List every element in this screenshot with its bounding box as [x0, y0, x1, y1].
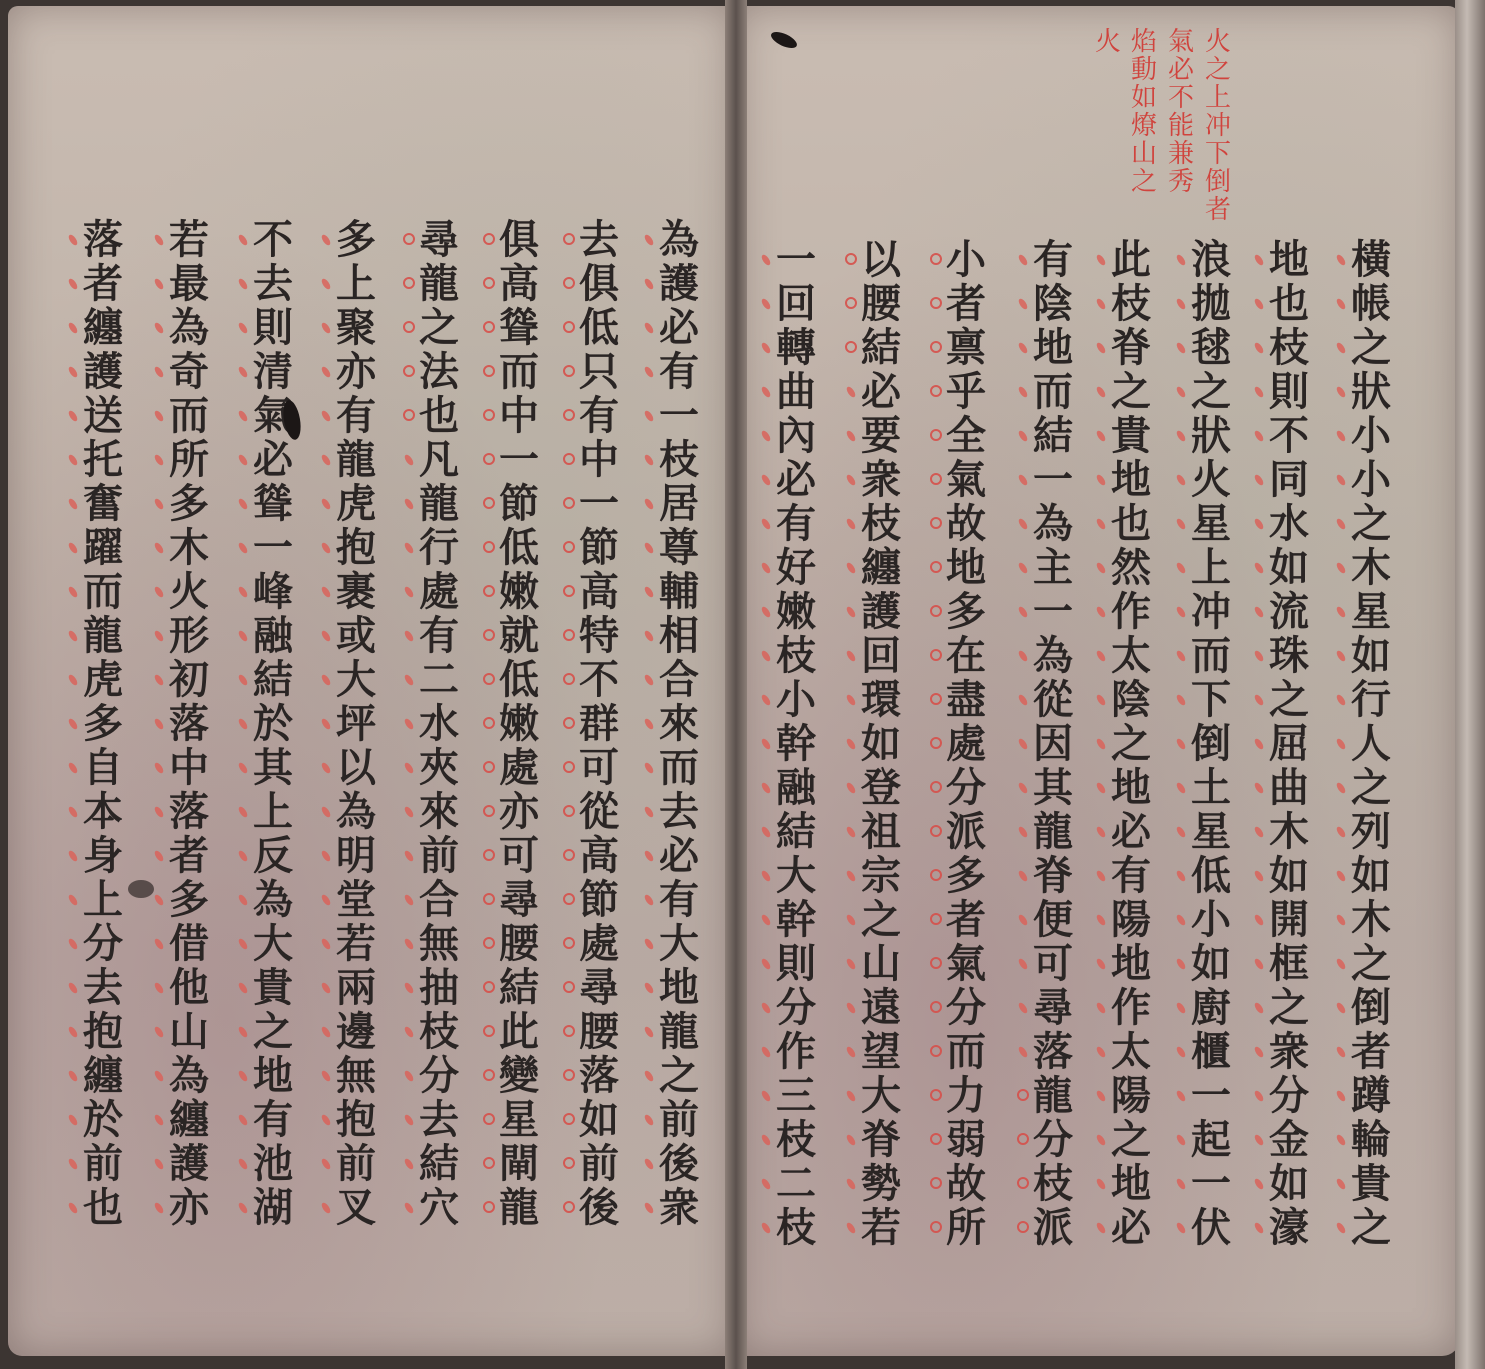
glyph: 抱 [72, 1010, 134, 1054]
glyph: 可 [488, 834, 550, 878]
dot-mark-icon [237, 541, 249, 554]
glyph: 亦 [158, 1186, 220, 1230]
circle-mark-icon [845, 253, 857, 265]
dot-mark-icon [845, 473, 857, 486]
glyph: 於 [242, 702, 304, 746]
glyph: 抽 [408, 966, 470, 1010]
dot-mark-icon [320, 453, 332, 466]
dot-mark-icon [1017, 869, 1029, 882]
annotation-glyph: 燎 [1126, 112, 1162, 140]
dot-mark-icon [67, 629, 79, 642]
dot-mark-icon [1253, 649, 1265, 662]
glyph: 一 [648, 394, 710, 438]
glyph: 地 [1100, 458, 1162, 502]
glyph: 回 [850, 634, 912, 678]
dot-mark-icon [1253, 385, 1265, 398]
glyph: 低 [568, 306, 630, 350]
dot-mark-icon [845, 1221, 857, 1234]
dot-mark-icon [237, 1157, 249, 1170]
glyph: 初 [158, 658, 220, 702]
dot-mark-icon [403, 1157, 415, 1170]
glyph: 輪 [1340, 1118, 1402, 1162]
glyph: 派 [1022, 1206, 1084, 1250]
glyph: 陰 [1100, 678, 1162, 722]
annotation-glyph: 焰 [1126, 28, 1162, 56]
circle-mark-icon [563, 365, 575, 377]
glyph: 一 [765, 238, 827, 282]
circle-mark-icon [930, 561, 942, 573]
glyph: 帳 [1340, 282, 1402, 326]
dot-mark-icon [320, 717, 332, 730]
glyph: 濠 [1258, 1206, 1320, 1250]
dot-mark-icon [237, 761, 249, 774]
dot-mark-icon [845, 649, 857, 662]
glyph: 之 [1340, 502, 1402, 546]
dot-mark-icon [153, 1113, 165, 1126]
dot-mark-icon [67, 761, 79, 774]
text-column: 地也枝則不同水如流珠之屈曲木如開框之衆分金如濠 [1258, 238, 1320, 1250]
glyph: 融 [242, 614, 304, 658]
glyph: 相 [648, 614, 710, 658]
glyph: 龍 [1022, 1074, 1084, 1118]
dot-mark-icon [67, 1201, 79, 1214]
glyph: 弱 [935, 1118, 997, 1162]
circle-mark-icon [930, 869, 942, 881]
glyph: 以 [325, 746, 387, 790]
glyph: 可 [1022, 942, 1084, 986]
glyph: 俱 [488, 218, 550, 262]
annotation-glyph: 能 [1163, 112, 1199, 140]
dot-mark-icon [643, 893, 655, 906]
dot-mark-icon [845, 1177, 857, 1190]
glyph: 以 [850, 238, 912, 282]
dot-mark-icon [1095, 561, 1107, 574]
glyph: 氣 [935, 458, 997, 502]
dot-mark-icon [1253, 869, 1265, 882]
dot-mark-icon [67, 981, 79, 994]
circle-mark-icon [483, 1157, 495, 1169]
dot-mark-icon [1253, 473, 1265, 486]
annotation-column: 火 [1090, 28, 1126, 56]
circle-mark-icon [563, 1201, 575, 1213]
glyph: 亦 [488, 790, 550, 834]
glyph: 叉 [325, 1186, 387, 1230]
dot-mark-icon [320, 321, 332, 334]
circle-mark-icon [483, 849, 495, 861]
circle-mark-icon [563, 629, 575, 641]
punctuation-marks [1334, 238, 1348, 1250]
glyph: 枝 [1258, 326, 1320, 370]
glyph: 有 [242, 1098, 304, 1142]
glyph: 櫃 [1180, 1030, 1242, 1074]
glyph: 凡 [408, 438, 470, 482]
glyph: 前 [648, 1098, 710, 1142]
glyph: 不 [242, 218, 304, 262]
dot-mark-icon [1175, 1177, 1187, 1190]
dot-mark-icon [760, 957, 772, 970]
dot-mark-icon [1095, 825, 1107, 838]
dot-mark-icon [67, 673, 79, 686]
dot-mark-icon [1335, 429, 1347, 442]
dot-mark-icon [643, 717, 655, 730]
dot-mark-icon [320, 893, 332, 906]
glyph: 登 [850, 766, 912, 810]
punctuation-marks [236, 218, 250, 1230]
glyph: 倒 [1340, 986, 1402, 1030]
glyph: 而 [72, 570, 134, 614]
circle-mark-icon [483, 585, 495, 597]
glyph: 脊 [1100, 326, 1162, 370]
glyph: 穴 [408, 1186, 470, 1230]
glyph: 內 [765, 414, 827, 458]
glyph: 夾 [408, 746, 470, 790]
dot-mark-icon [643, 233, 655, 246]
dot-mark-icon [1335, 913, 1347, 926]
annotation-glyph: 倒 [1200, 168, 1236, 196]
glyph: 故 [935, 1162, 997, 1206]
punctuation-marks [562, 218, 576, 1230]
dot-mark-icon [320, 409, 332, 422]
glyph: 力 [935, 1074, 997, 1118]
dot-mark-icon [1095, 517, 1107, 530]
circle-mark-icon [930, 1045, 942, 1057]
glyph: 此 [488, 1010, 550, 1054]
glyph: 中 [158, 746, 220, 790]
dot-mark-icon [153, 673, 165, 686]
dot-mark-icon [1253, 1045, 1265, 1058]
glyph: 地 [1258, 238, 1320, 282]
glyph: 多 [158, 878, 220, 922]
dot-mark-icon [1017, 297, 1029, 310]
text-column: 為護必有一枝居尊輔相合來而去必有大地龍之前後衆 [648, 218, 710, 1230]
glyph: 地 [1022, 326, 1084, 370]
glyph: 前 [408, 834, 470, 878]
glyph: 落 [158, 790, 220, 834]
glyph: 如 [1258, 546, 1320, 590]
glyph: 有 [568, 394, 630, 438]
dot-mark-icon [320, 233, 332, 246]
dot-mark-icon [1335, 737, 1347, 750]
glyph: 為 [158, 306, 220, 350]
glyph: 結 [1022, 414, 1084, 458]
glyph: 有 [648, 350, 710, 394]
dot-mark-icon [845, 869, 857, 882]
dot-mark-icon [67, 1069, 79, 1082]
dot-mark-icon [1335, 605, 1347, 618]
dot-mark-icon [320, 849, 332, 862]
dot-mark-icon [1017, 473, 1029, 486]
glyph: 故 [935, 502, 997, 546]
dot-mark-icon [1253, 1221, 1265, 1234]
glyph: 嫩 [488, 702, 550, 746]
glyph: 去 [408, 1098, 470, 1142]
glyph: 結 [242, 658, 304, 702]
glyph: 反 [242, 834, 304, 878]
manuscript-spread: 火之上冲下倒者氣必不能兼秀焰動如燎山之火 橫帳之狀小小之木星如行人之列如木之倒者… [0, 0, 1485, 1369]
punctuation-marks [642, 218, 656, 1230]
glyph: 如 [1340, 634, 1402, 678]
dot-mark-icon [1175, 385, 1187, 398]
dot-mark-icon [153, 497, 165, 510]
glyph: 峰 [242, 570, 304, 614]
glyph: 水 [408, 702, 470, 746]
dot-mark-icon [320, 1201, 332, 1214]
glyph: 去 [242, 262, 304, 306]
glyph: 閘 [488, 1142, 550, 1186]
punctuation-marks [66, 218, 80, 1230]
dot-mark-icon [1253, 253, 1265, 266]
circle-mark-icon [483, 1113, 495, 1125]
glyph: 也 [1258, 282, 1320, 326]
dot-mark-icon [1175, 825, 1187, 838]
dot-mark-icon [1017, 1045, 1029, 1058]
glyph: 所 [935, 1206, 997, 1250]
glyph: 纏 [158, 1098, 220, 1142]
circle-mark-icon [930, 1177, 942, 1189]
glyph: 山 [158, 1010, 220, 1054]
dot-mark-icon [320, 541, 332, 554]
glyph: 若 [850, 1206, 912, 1250]
dot-mark-icon [643, 1201, 655, 1214]
glyph: 去 [568, 218, 630, 262]
glyph: 乎 [935, 370, 997, 414]
dot-mark-icon [320, 981, 332, 994]
glyph: 者 [158, 834, 220, 878]
dot-mark-icon [403, 761, 415, 774]
glyph: 人 [1340, 722, 1402, 766]
annotation-column: 氣必不能兼秀 [1163, 28, 1199, 196]
punctuation-marks [319, 218, 333, 1230]
dot-mark-icon [1253, 825, 1265, 838]
glyph: 高 [568, 570, 630, 614]
dot-mark-icon [1335, 1045, 1347, 1058]
dot-mark-icon [67, 321, 79, 334]
dot-mark-icon [67, 805, 79, 818]
dot-mark-icon [643, 277, 655, 290]
dot-mark-icon [320, 365, 332, 378]
dot-mark-icon [1175, 605, 1187, 618]
circle-mark-icon [563, 1157, 575, 1169]
dot-mark-icon [1095, 781, 1107, 794]
glyph: 虎 [325, 482, 387, 526]
glyph: 特 [568, 614, 630, 658]
glyph: 則 [765, 942, 827, 986]
dot-mark-icon [845, 605, 857, 618]
dot-mark-icon [320, 629, 332, 642]
circle-mark-icon [483, 673, 495, 685]
circle-mark-icon [1017, 1221, 1029, 1233]
circle-mark-icon [563, 585, 575, 597]
dot-mark-icon [1253, 913, 1265, 926]
circle-mark-icon [930, 341, 942, 353]
glyph: 必 [648, 306, 710, 350]
dot-mark-icon [1175, 649, 1187, 662]
glyph: 地 [1100, 1162, 1162, 1206]
dot-mark-icon [1095, 693, 1107, 706]
glyph: 形 [158, 614, 220, 658]
annotation-glyph: 之 [1200, 56, 1236, 84]
dot-mark-icon [403, 893, 415, 906]
glyph: 幹 [765, 898, 827, 942]
glyph: 木 [1258, 810, 1320, 854]
dot-mark-icon [1017, 561, 1029, 574]
glyph: 枝 [765, 1206, 827, 1250]
glyph: 如 [568, 1098, 630, 1142]
dot-mark-icon [403, 849, 415, 862]
glyph: 其 [242, 746, 304, 790]
glyph: 之 [1258, 986, 1320, 1030]
circle-mark-icon [483, 409, 495, 421]
dot-mark-icon [320, 805, 332, 818]
dot-mark-icon [320, 585, 332, 598]
glyph: 星 [488, 1098, 550, 1142]
glyph: 聳 [242, 482, 304, 526]
glyph: 地 [1100, 942, 1162, 986]
glyph: 太 [1100, 634, 1162, 678]
glyph: 尋 [568, 966, 630, 1010]
dot-mark-icon [237, 277, 249, 290]
dot-mark-icon [153, 1157, 165, 1170]
glyph: 枝 [765, 1118, 827, 1162]
glyph: 土 [1180, 766, 1242, 810]
annotation-glyph: 火 [1090, 28, 1126, 56]
glyph: 回 [765, 282, 827, 326]
dot-mark-icon [760, 473, 772, 486]
glyph: 衆 [850, 458, 912, 502]
dot-mark-icon [237, 497, 249, 510]
dot-mark-icon [403, 1069, 415, 1082]
dot-mark-icon [760, 1045, 772, 1058]
dot-mark-icon [760, 1001, 772, 1014]
circle-mark-icon [845, 297, 857, 309]
dot-mark-icon [1253, 1089, 1265, 1102]
glyph: 木 [1340, 898, 1402, 942]
circle-mark-icon [930, 1133, 942, 1145]
dot-mark-icon [1095, 1221, 1107, 1234]
glyph: 輔 [648, 570, 710, 614]
glyph: 虎 [72, 658, 134, 702]
glyph: 小 [935, 238, 997, 282]
circle-mark-icon [1017, 1133, 1029, 1145]
text-column: 俱高聳而中一節低嫩就低嫩處亦可尋腰結此變星閘龍 [488, 218, 550, 1230]
glyph: 也 [1100, 502, 1162, 546]
dot-mark-icon [760, 605, 772, 618]
dot-mark-icon [67, 1113, 79, 1126]
dot-mark-icon [403, 717, 415, 730]
dot-mark-icon [320, 1113, 332, 1126]
annotation-glyph: 秀 [1163, 168, 1199, 196]
glyph: 之 [242, 1010, 304, 1054]
dot-mark-icon [153, 1025, 165, 1038]
circle-mark-icon [403, 233, 415, 245]
dot-mark-icon [67, 849, 79, 862]
annotation-glyph: 兼 [1163, 140, 1199, 168]
dot-mark-icon [1335, 957, 1347, 970]
glyph: 低 [1180, 854, 1242, 898]
glyph: 之 [1340, 766, 1402, 810]
punctuation-marks [152, 218, 166, 1230]
circle-mark-icon [563, 761, 575, 773]
glyph: 從 [1022, 678, 1084, 722]
glyph: 處 [408, 570, 470, 614]
text-column: 落者纏護送托奮躍而龍虎多自本身上分去抱纏於前也 [72, 218, 134, 1230]
glyph: 也 [408, 394, 470, 438]
dot-mark-icon [403, 1201, 415, 1214]
glyph: 作 [1100, 986, 1162, 1030]
glyph: 群 [568, 702, 630, 746]
dot-mark-icon [237, 937, 249, 950]
dot-mark-icon [1335, 781, 1347, 794]
dot-mark-icon [643, 497, 655, 510]
glyph: 其 [1022, 766, 1084, 810]
glyph: 龍 [408, 482, 470, 526]
glyph: 有 [408, 614, 470, 658]
glyph: 龍 [648, 1010, 710, 1054]
dot-mark-icon [845, 561, 857, 574]
dot-mark-icon [1017, 781, 1029, 794]
glyph: 為 [1022, 502, 1084, 546]
annotation-glyph: 火 [1200, 28, 1236, 56]
glyph: 流 [1258, 590, 1320, 634]
dot-mark-icon [67, 937, 79, 950]
dot-mark-icon [237, 1069, 249, 1082]
dot-mark-icon [153, 233, 165, 246]
circle-mark-icon [930, 957, 942, 969]
dot-mark-icon [760, 429, 772, 442]
dot-mark-icon [643, 453, 655, 466]
dot-mark-icon [643, 409, 655, 422]
dot-mark-icon [1253, 1133, 1265, 1146]
circle-mark-icon [930, 913, 942, 925]
dot-mark-icon [153, 761, 165, 774]
glyph: 奮 [72, 482, 134, 526]
annotation-glyph: 氣 [1163, 28, 1199, 56]
dot-mark-icon [1335, 693, 1347, 706]
punctuation-marks [1174, 238, 1188, 1250]
glyph: 火 [158, 570, 220, 614]
annotation-glyph: 下 [1200, 140, 1236, 168]
circle-mark-icon [403, 365, 415, 377]
circle-mark-icon [483, 893, 495, 905]
punctuation-marks [482, 218, 496, 1230]
glyph: 兩 [325, 966, 387, 1010]
dot-mark-icon [845, 737, 857, 750]
annotation-glyph: 如 [1126, 84, 1162, 112]
glyph: 一 [488, 438, 550, 482]
glyph: 小 [1340, 414, 1402, 458]
glyph: 節 [568, 526, 630, 570]
circle-mark-icon [403, 409, 415, 421]
dot-mark-icon [320, 1025, 332, 1038]
glyph: 落 [568, 1054, 630, 1098]
circle-mark-icon [1017, 1177, 1029, 1189]
dot-mark-icon [1175, 297, 1187, 310]
circle-mark-icon [563, 805, 575, 817]
glyph: 太 [1100, 1030, 1162, 1074]
dot-mark-icon [153, 585, 165, 598]
circle-mark-icon [563, 849, 575, 861]
dot-mark-icon [1017, 1001, 1029, 1014]
dot-mark-icon [845, 517, 857, 530]
dot-mark-icon [67, 893, 79, 906]
dot-mark-icon [403, 805, 415, 818]
punctuation-marks [844, 238, 858, 1250]
glyph: 之 [1258, 678, 1320, 722]
glyph: 變 [488, 1054, 550, 1098]
glyph: 送 [72, 394, 134, 438]
glyph: 尋 [488, 878, 550, 922]
glyph: 躍 [72, 526, 134, 570]
